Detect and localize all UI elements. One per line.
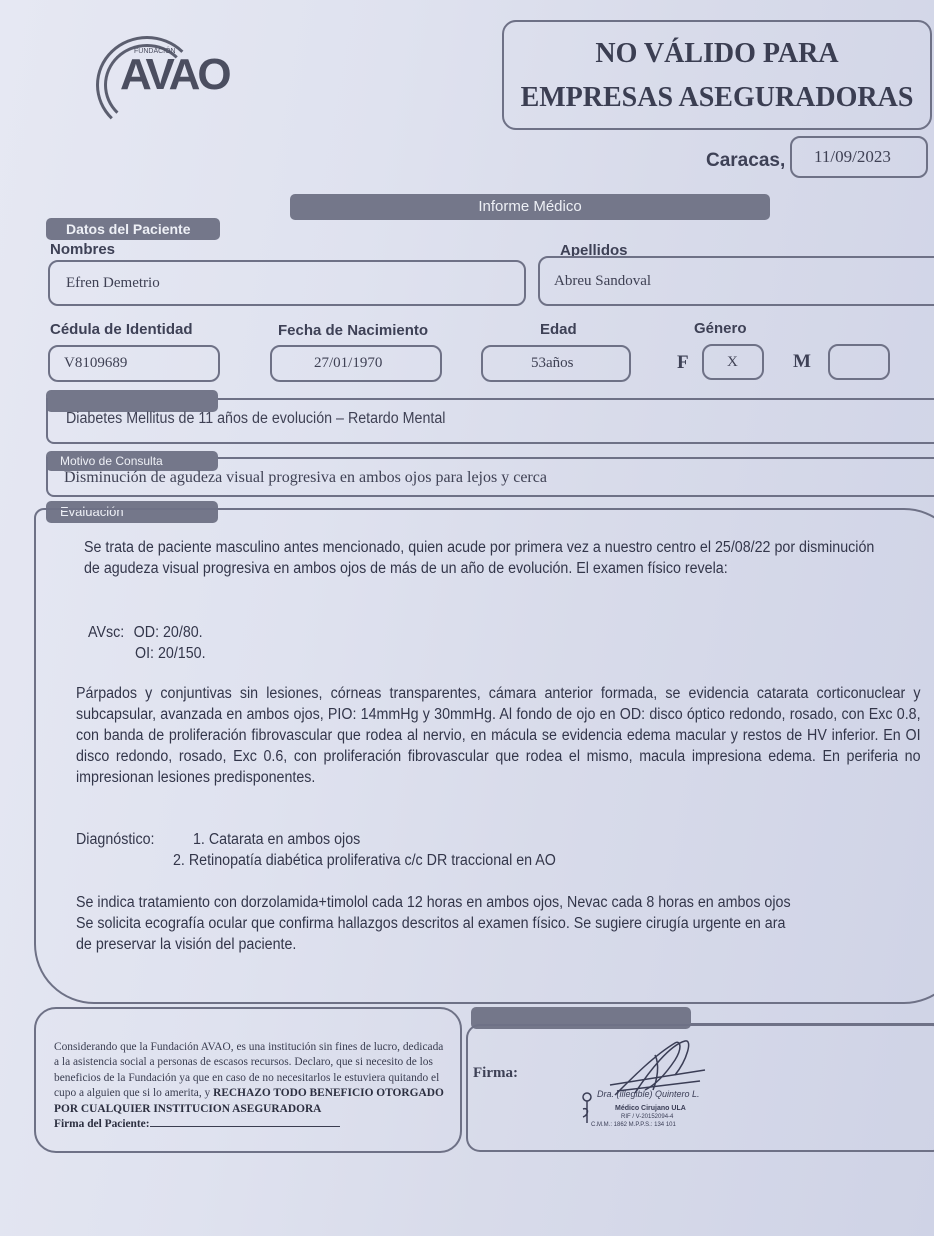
- gender-m-checkbox: [828, 344, 890, 380]
- not-valid-notice: NO VÁLIDO PARA EMPRESAS ASEGURADORAS: [502, 20, 932, 130]
- logo-wordmark: AVAO: [120, 50, 229, 100]
- id-value: V8109689: [64, 355, 127, 372]
- patient-signature-label: Firma del Paciente:: [54, 1118, 150, 1130]
- stamp-line-4: C.M.M.: 1862 M.P.P.S.: 134 101: [591, 1122, 676, 1128]
- evaluation-tab-gap: [36, 506, 220, 518]
- age-field: 53años: [481, 345, 631, 382]
- age-label: Edad: [540, 321, 577, 338]
- avsc-od: OD: 20/80.: [134, 624, 203, 641]
- signature-label: Firma:: [473, 1065, 518, 1082]
- notice-line-2: EMPRESAS ASEGURADORAS: [504, 76, 930, 120]
- notice-line-1: NO VÁLIDO PARA: [504, 32, 930, 76]
- disclaimer-text: Considerando que la Fundación AVAO, es u…: [54, 1040, 446, 1132]
- id-field: V8109689: [48, 345, 220, 382]
- names-field: Efren Demetrio: [48, 260, 526, 306]
- treatment-line: Se indica tratamiento con dorzolamida+ti…: [76, 892, 791, 913]
- gender-f-label: F: [677, 352, 689, 374]
- gender-f-mark: X: [727, 354, 738, 371]
- doctor-signature-stamp: Dra. (illegible) Quintero L. Médico Ciru…: [575, 1035, 735, 1135]
- visual-acuity: AVsc: OD: 20/80.: [88, 622, 203, 643]
- gender-m-label: M: [793, 351, 811, 373]
- report-title: Informe Médico: [290, 194, 770, 220]
- avsc-oi: OI: 20/150.: [135, 643, 206, 664]
- reason-value: Disminución de agudeza visual progresiva…: [64, 469, 547, 487]
- date-value: 11/09/2023: [814, 147, 891, 167]
- stamp-line-1: Dra. (illegible) Quintero L.: [597, 1089, 700, 1099]
- patient-signature-line: [150, 1126, 340, 1127]
- section-patient-data: Datos del Paciente: [46, 218, 220, 240]
- age-value: 53años: [531, 355, 574, 372]
- diagnosis-item: 1. Catarata en ambos ojos: [193, 829, 360, 850]
- fundacion-avao-logo: FUNDACIÓN AVAO: [96, 36, 276, 132]
- evaluation-intro: Se trata de paciente masculino antes men…: [84, 537, 875, 579]
- gender-f-checkbox: X: [702, 344, 764, 380]
- history-field: Diabetes Mellitus de 11 años de evolució…: [46, 398, 934, 444]
- names-label: Nombres: [50, 241, 115, 258]
- surnames-value: Abreu Sandoval: [554, 273, 651, 290]
- dob-label: Fecha de Nacimiento: [278, 322, 428, 339]
- reason-field: Disminución de agudeza visual progresiva…: [46, 457, 934, 497]
- gender-label: Género: [694, 320, 747, 337]
- treatment-line: Se solicita ecografía ocular que confirm…: [76, 913, 785, 934]
- id-label: Cédula de Identidad: [50, 321, 193, 338]
- treatment-line: de preservar la visión del paciente.: [76, 934, 296, 955]
- stamp-line-2: Médico Cirujano ULA: [615, 1105, 686, 1112]
- date-field: 11/09/2023: [790, 136, 928, 178]
- surnames-field: Abreu Sandoval: [538, 256, 934, 306]
- dob-field: 27/01/1970: [270, 345, 442, 382]
- diagnosis-item: 2. Retinopatía diabética proliferativa c…: [173, 850, 556, 871]
- stamp-line-3: RIF / V-20152094-4: [621, 1114, 674, 1120]
- diagnosis-label: Diagnóstico:: [76, 829, 154, 850]
- avsc-label: AVsc:: [88, 624, 124, 641]
- names-value: Efren Demetrio: [66, 275, 160, 292]
- dob-value: 27/01/1970: [314, 355, 382, 372]
- history-value: Diabetes Mellitus de 11 años de evolució…: [66, 410, 445, 428]
- city-label: Caracas,: [706, 150, 785, 172]
- exam-findings: Párpados y conjuntivas sin lesiones, cór…: [76, 683, 921, 788]
